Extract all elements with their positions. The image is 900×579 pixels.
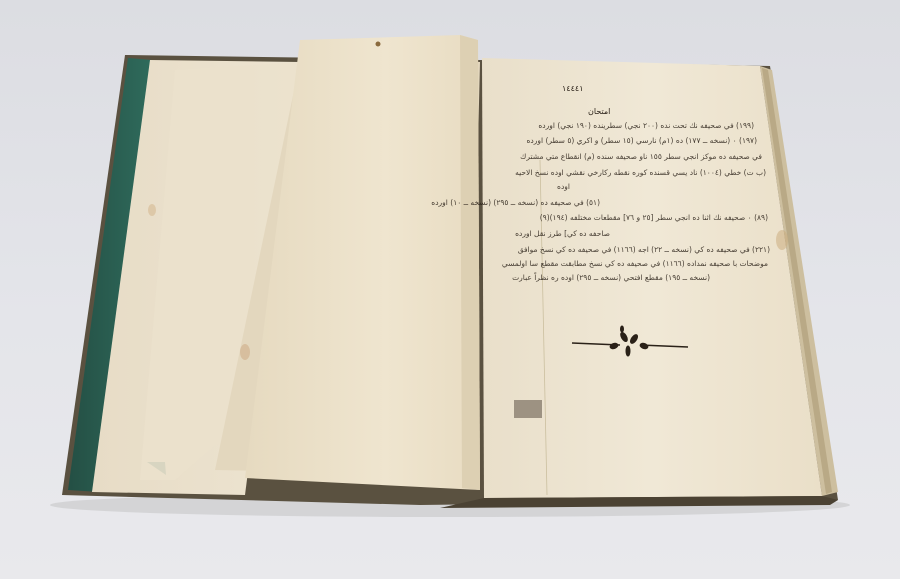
- manuscript-line: اوده: [557, 182, 570, 191]
- manuscript-line: (٨٩) ٠ صحيفه نك اثنا ده انجي سطر [٢٥ و ٧…: [540, 213, 768, 222]
- manuscript-line: صاحفه ده كي] طرز نقل اورده: [515, 229, 610, 238]
- stain-patch: [514, 400, 542, 418]
- section-heading: امتحان: [588, 107, 610, 116]
- manuscript-line: (٢٢١) في صحيفه ده كي (نسخه ــ ٢٢) اجه (١…: [518, 245, 770, 254]
- photo-scene: ١٤٤٤١ امتحان (١٩٩) في صحيفه نك تحت نده (…: [0, 0, 900, 579]
- manuscript-line: (١٩٩) في صحيفه نك تحت نده (٢٠٠ نجي) سطري…: [538, 121, 754, 130]
- manuscript-line: موضحات با صحيفه نمداده (١١٦٦) في صحيفه د…: [502, 259, 768, 268]
- page-number: ١٤٤٤١: [562, 84, 583, 93]
- manuscript-line: (ب ت) خطي (١٠٠٤) ناد يسي قسنده كوره نقطه…: [515, 168, 766, 177]
- manuscript-line: (٥١) في صحيفه ده (نسخه ــ ٢٩٥) (نسخه ــ …: [431, 198, 600, 207]
- manuscript-line: (نسخه ــ ١٩٥) مقطع افتحي (نسخه ــ ٢٩٥) ا…: [512, 273, 710, 282]
- manuscript-line: (١٩٧) ٠ (نسخه ــ ١٧٧) ده (١م) نارسي (١٥ …: [526, 136, 757, 145]
- manuscript-line: في صحيفه ده موكز انجي سطر ١٥٥ ناو صحيفه …: [520, 152, 762, 161]
- open-book-illustration: [0, 0, 900, 579]
